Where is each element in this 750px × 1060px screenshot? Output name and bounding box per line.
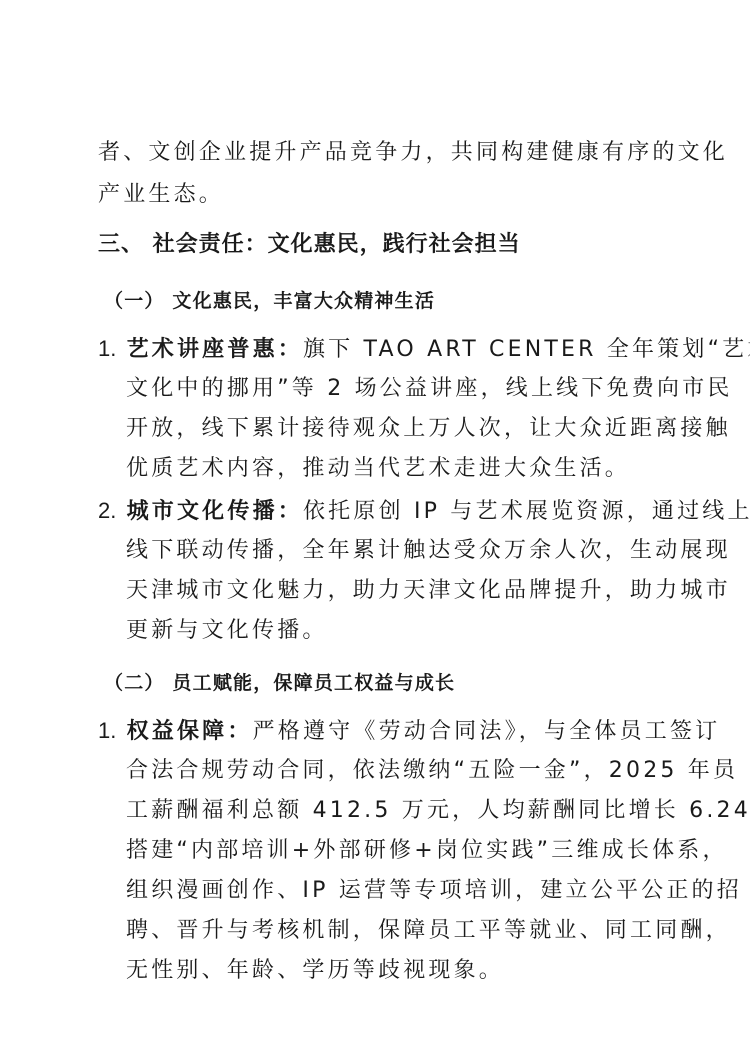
paragraph-line: 搭建“内部培训+外部研修+岗位实践”三维成长体系， bbox=[126, 836, 728, 866]
section-heading: 三、 社会责任：文化惠民，践行社会担当 bbox=[98, 230, 521, 260]
paragraph-line: 者、文创企业提升产品竞争力，共同构建健康有序的文化 bbox=[98, 138, 728, 168]
list-number: 2. bbox=[98, 498, 116, 523]
paragraph-line: 文化中的挪用”等 2 场公益讲座，线上线下免费向市民 bbox=[126, 374, 733, 404]
paragraph-line: 聘、晋升与考核机制，保障员工平等就业、同工同酬， bbox=[126, 916, 731, 946]
paragraph-line: 工薪酬福利总额 412.5 万元，人均薪酬同比增长 6.24%。 bbox=[126, 796, 750, 826]
paragraph-line: 天津城市文化魅力，助力天津文化品牌提升，助力城市 bbox=[126, 576, 731, 606]
list-item-title: 权益保障： bbox=[127, 719, 253, 744]
list-item: 2. 城市文化传播：依托原创 IP 与艺术展览资源，通过线上 bbox=[98, 496, 750, 527]
paragraph-line: 合法合规劳动合同，依法缴纳“五险一金”，2025 年员 bbox=[126, 756, 738, 786]
document-page: 者、文创企业提升产品竞争力，共同构建健康有序的文化 产业生态。 三、 社会责任：… bbox=[0, 0, 750, 1060]
subsection-heading: （二） 员工赋能，保障员工权益与成长 bbox=[104, 668, 455, 698]
list-item-text: 依托原创 IP 与艺术展览资源，通过线上 bbox=[303, 499, 750, 524]
list-item: 1. 艺术讲座普惠：旗下 TAO ART CENTER 全年策划“艺术与 bbox=[98, 334, 750, 365]
paragraph-line: 组织漫画创作、IP 运营等专项培训，建立公平公正的招 bbox=[126, 876, 742, 906]
paragraph-line: 更新与文化传播。 bbox=[126, 616, 328, 646]
list-number: 1. bbox=[98, 336, 116, 361]
list-number: 1. bbox=[98, 718, 116, 743]
subsection-heading: （一） 文化惠民，丰富大众精神生活 bbox=[104, 286, 435, 316]
paragraph-line: 线下联动传播，全年累计触达受众万余人次，生动展现 bbox=[126, 536, 731, 566]
list-item-text: 严格遵守《劳动合同法》，与全体员工签订 bbox=[253, 719, 721, 744]
list-item-title: 城市文化传播： bbox=[127, 499, 303, 524]
paragraph-line: 产业生态。 bbox=[98, 180, 224, 210]
paragraph-line: 优质艺术内容，推动当代艺术走进大众生活。 bbox=[126, 454, 630, 484]
paragraph-line: 无性别、年龄、学历等歧视现象。 bbox=[126, 956, 504, 986]
list-item-text: 旗下 TAO ART CENTER 全年策划“艺术与 bbox=[303, 337, 750, 362]
list-item: 1. 权益保障：严格遵守《劳动合同法》，与全体员工签订 bbox=[98, 716, 720, 747]
list-item-title: 艺术讲座普惠： bbox=[127, 337, 303, 362]
paragraph-line: 开放，线下累计接待观众上万人次，让大众近距离接触 bbox=[126, 414, 731, 444]
